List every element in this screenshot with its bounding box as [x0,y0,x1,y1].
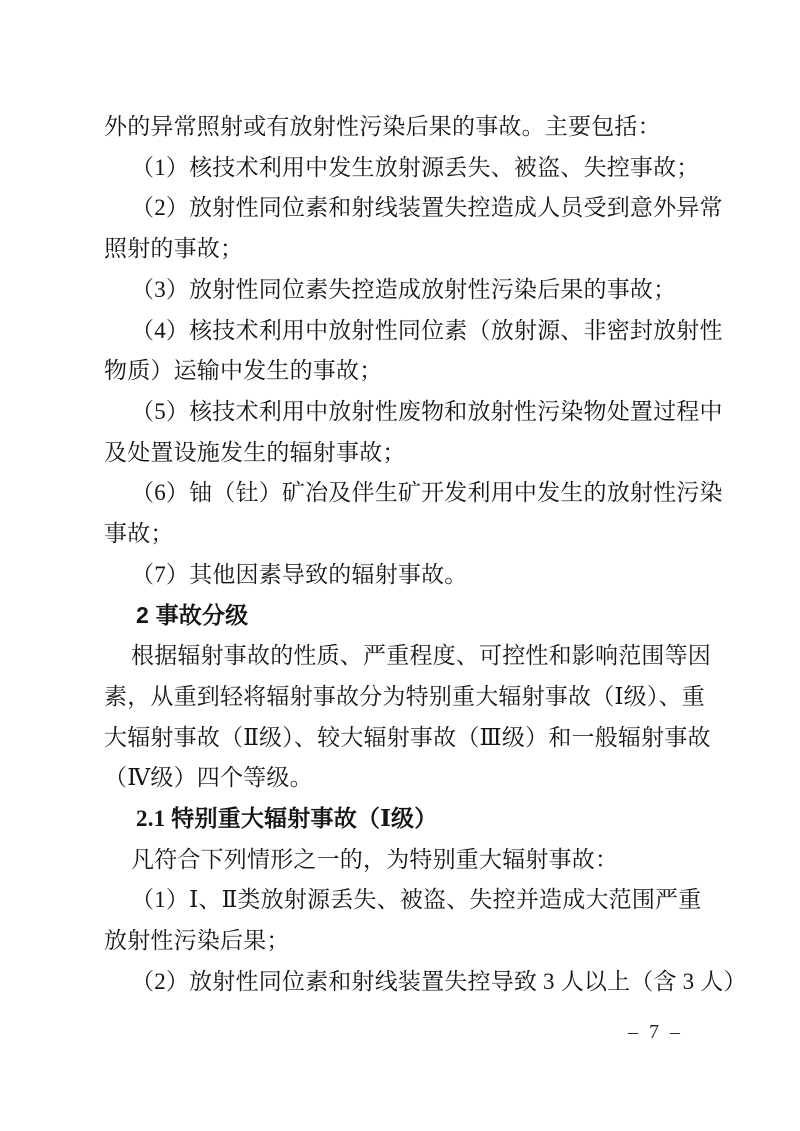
text-line: 外的异常照射或有放射性污染后果的事故。主要包括： [104,107,710,148]
text-line: 素，从重到轻将辐射事故分为特别重大辐射事故（Ⅰ级）、重 [104,677,710,718]
text-line: （Ⅳ级）四个等级。 [104,758,710,799]
text-line: 凡符合下列情形之一的，为特别重大辐射事故： [104,840,710,881]
document-body: 外的异常照射或有放射性污染后果的事故。主要包括： （1）核技术利用中发生放射源丢… [104,107,710,1002]
list-item-line: （6）铀（钍）矿冶及伴生矿开发利用中发生的放射性污染 [104,473,710,514]
list-item-line: （1）核技术利用中发生放射源丢失、被盗、失控事故； [104,148,710,189]
list-item-line: （5）核技术利用中放射性废物和放射性污染物处置过程中 [104,392,710,433]
document-page: 外的异常照射或有放射性污染后果的事故。主要包括： （1）核技术利用中发生放射源丢… [0,0,800,1131]
list-item-line: （2）放射性同位素和射线装置失控造成人员受到意外异常 [104,188,710,229]
section-heading-2-1: 2.1 特别重大辐射事故（Ⅰ级） [104,799,710,840]
page-number: – 7 – [628,1020,683,1044]
text-line: 放射性污染后果； [104,921,710,962]
list-item-line: （1）Ⅰ、Ⅱ类放射源丢失、被盗、失控并造成大范围严重 [104,880,710,921]
list-item-line: （7）其他因素导致的辐射事故。 [104,555,710,596]
section-heading-2: 2 事故分级 [104,595,710,636]
list-item-line: （4）核技术利用中放射性同位素（放射源、非密封放射性 [104,311,710,352]
list-item-line: （3）放射性同位素失控造成放射性污染后果的事故； [104,270,710,311]
text-line: 根据辐射事故的性质、严重程度、可控性和影响范围等因 [104,636,710,677]
text-line: 照射的事故； [104,229,710,270]
list-item-line: （2）放射性同位素和射线装置失控导致 3 人以上（含 3 人） [104,962,710,1003]
text-line: 事故； [104,514,710,555]
text-line: 大辐射事故（Ⅱ级）、较大辐射事故（Ⅲ级）和一般辐射事故 [104,718,710,759]
text-line: 物质）运输中发生的事故； [104,351,710,392]
text-line: 及处置设施发生的辐射事故； [104,433,710,474]
